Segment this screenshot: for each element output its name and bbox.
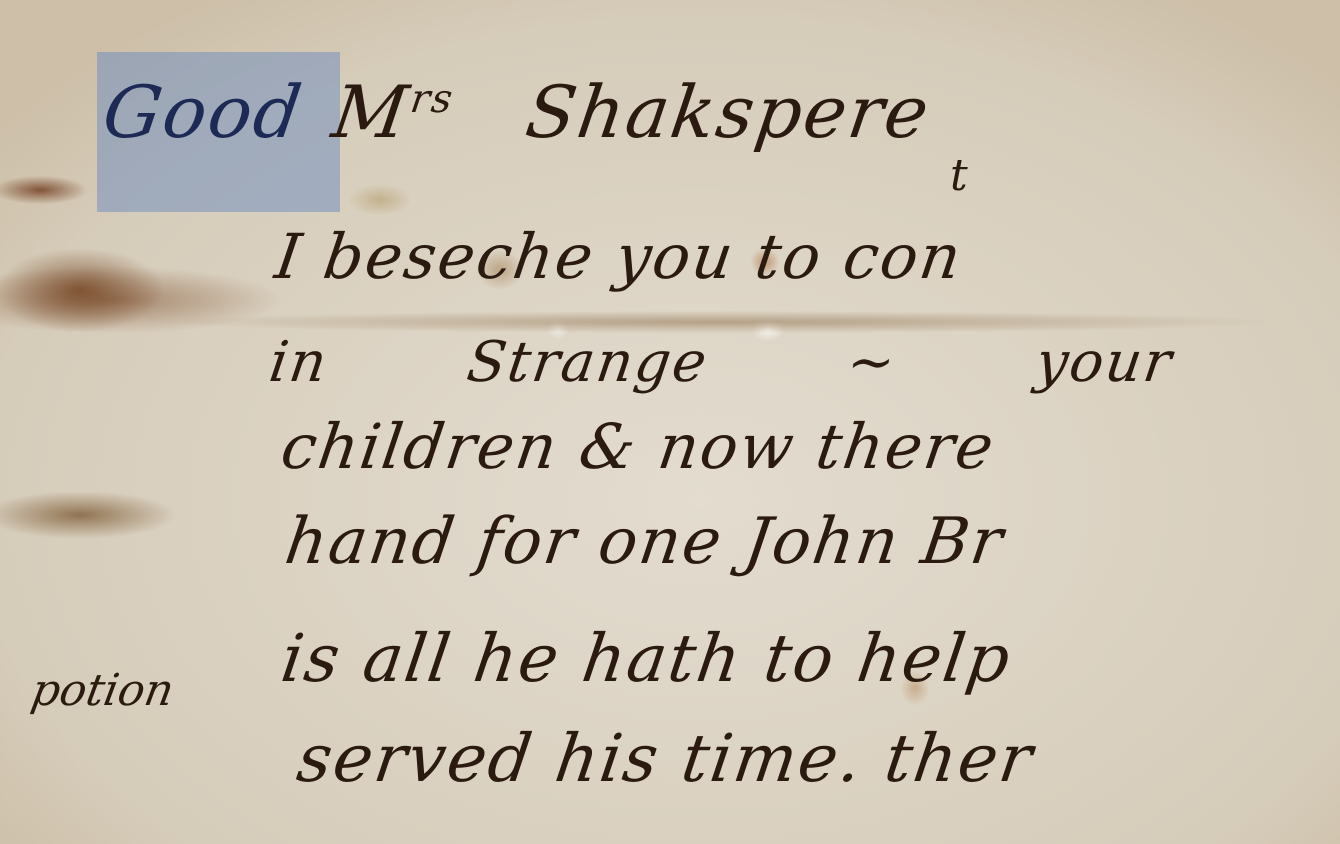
manuscript-line-7: served his time. ther <box>293 720 1039 797</box>
manuscript-line-5: hand for one John Br <box>281 505 1009 579</box>
manuscript-line-4: children & now there <box>277 410 1000 483</box>
highlighted-word: Good <box>98 70 308 154</box>
manuscript-line-1: Good Mrs Shakspere <box>98 70 936 154</box>
manuscript-line-3: in Strange ~ your <box>265 330 1177 395</box>
manuscript-line-6: is all he hath to help <box>277 620 1017 697</box>
salutation-text: Mrs Shakspere <box>327 70 935 154</box>
margin-note: potion <box>28 665 178 716</box>
manuscript-line-2: I beseche you to con <box>271 220 967 293</box>
insertion-mark: t <box>950 150 968 201</box>
